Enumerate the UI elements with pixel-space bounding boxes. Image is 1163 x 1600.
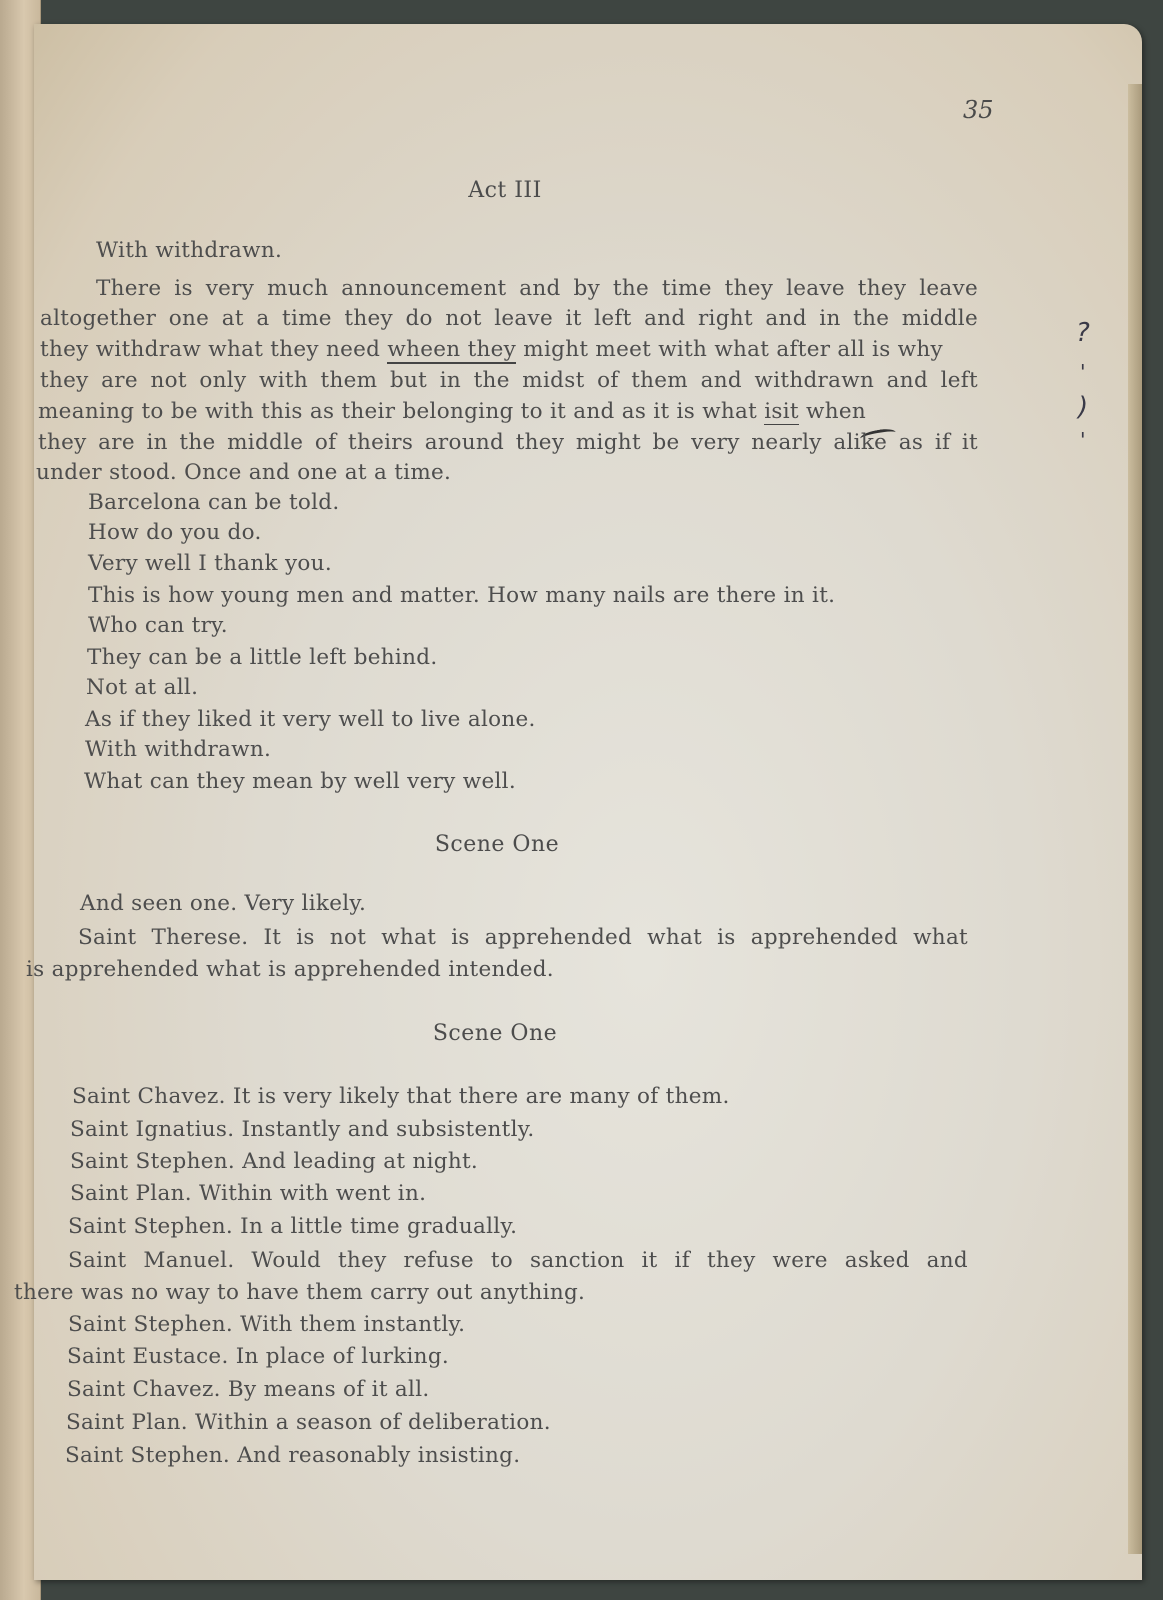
text-line: Who can try. [88,613,228,638]
handwritten-question-mark-icon: ? [1076,318,1090,348]
text-span: might meet with what after all is why [516,337,943,362]
text-line: How do you do. [88,520,262,545]
text-line: They can be a little left behind. [87,645,437,670]
text-line: under stood. Once and one at a time. [36,460,451,485]
text-span: they withdraw what they need [40,337,387,362]
text-line: Saint Therese. It is not what is apprehe… [78,925,968,950]
handwritten-tick-icon: ' [1080,428,1086,452]
text-line: Saint Chavez. It is very likely that the… [72,1084,730,1109]
text-line: As if they liked it very well to live al… [85,707,536,732]
scene-heading: Scene One [0,1021,990,1046]
page-number: 35 [963,96,994,124]
text-line: Barcelona can be told. [88,490,340,515]
text-line: With withdrawn. [85,737,271,762]
text-span: meaning to be with this as their belongi… [38,399,764,424]
text-line: There is very much announcement and by t… [96,276,978,301]
underlined-text: wheen they [387,337,516,364]
handwritten-paren-icon: ) [1078,392,1088,422]
text-line: Saint Manuel. Would they refuse to sanct… [68,1248,968,1273]
text-line: meaning to be with this as their belongi… [38,399,978,424]
text-line: This is how young men and matter. How ma… [88,583,835,608]
text-line: Saint Stephen. In a little time graduall… [68,1214,517,1239]
text-line: Not at all. [86,675,198,700]
text-line: Saint Ignatius. Instantly and subsistent… [70,1117,535,1142]
text-line: altogether one at a time they do not lea… [40,306,978,331]
text-line: Saint Stephen. With them instantly. [68,1312,465,1337]
text-line: What can they mean by well very well. [84,769,516,794]
text-line: Saint Eustace. In place of lurking. [67,1344,449,1369]
act-heading: Act III [0,178,1010,203]
text-line: is apprehended what is apprehended inten… [26,957,554,982]
handwritten-tick-icon: ' [1080,360,1086,384]
text-line: With withdrawn. [96,238,282,263]
text-span: when [799,399,866,424]
underlined-text: isit [764,399,799,425]
text-line: And seen one. Very likely. [80,891,366,916]
text-line: Saint Chavez. By means of it all. [67,1377,430,1402]
scene-heading: Scene One [0,832,994,857]
text-line: there was no way to have them carry out … [14,1280,585,1305]
text-line: they are not only with them but in the m… [40,368,978,393]
text-line: Saint Stephen. And reasonably insisting. [65,1443,520,1468]
text-line: Saint Stephen. And leading at night. [70,1149,478,1174]
text-line: Saint Plan. Within with went in. [70,1181,426,1206]
text-line: they are in the middle of theirs around … [38,430,978,455]
text-line: they withdraw what they need wheen they … [40,337,978,362]
text-line: Very well I thank you. [88,551,332,576]
text-line: Saint Plan. Within a season of deliberat… [66,1410,551,1435]
page-edge [1128,84,1142,1554]
